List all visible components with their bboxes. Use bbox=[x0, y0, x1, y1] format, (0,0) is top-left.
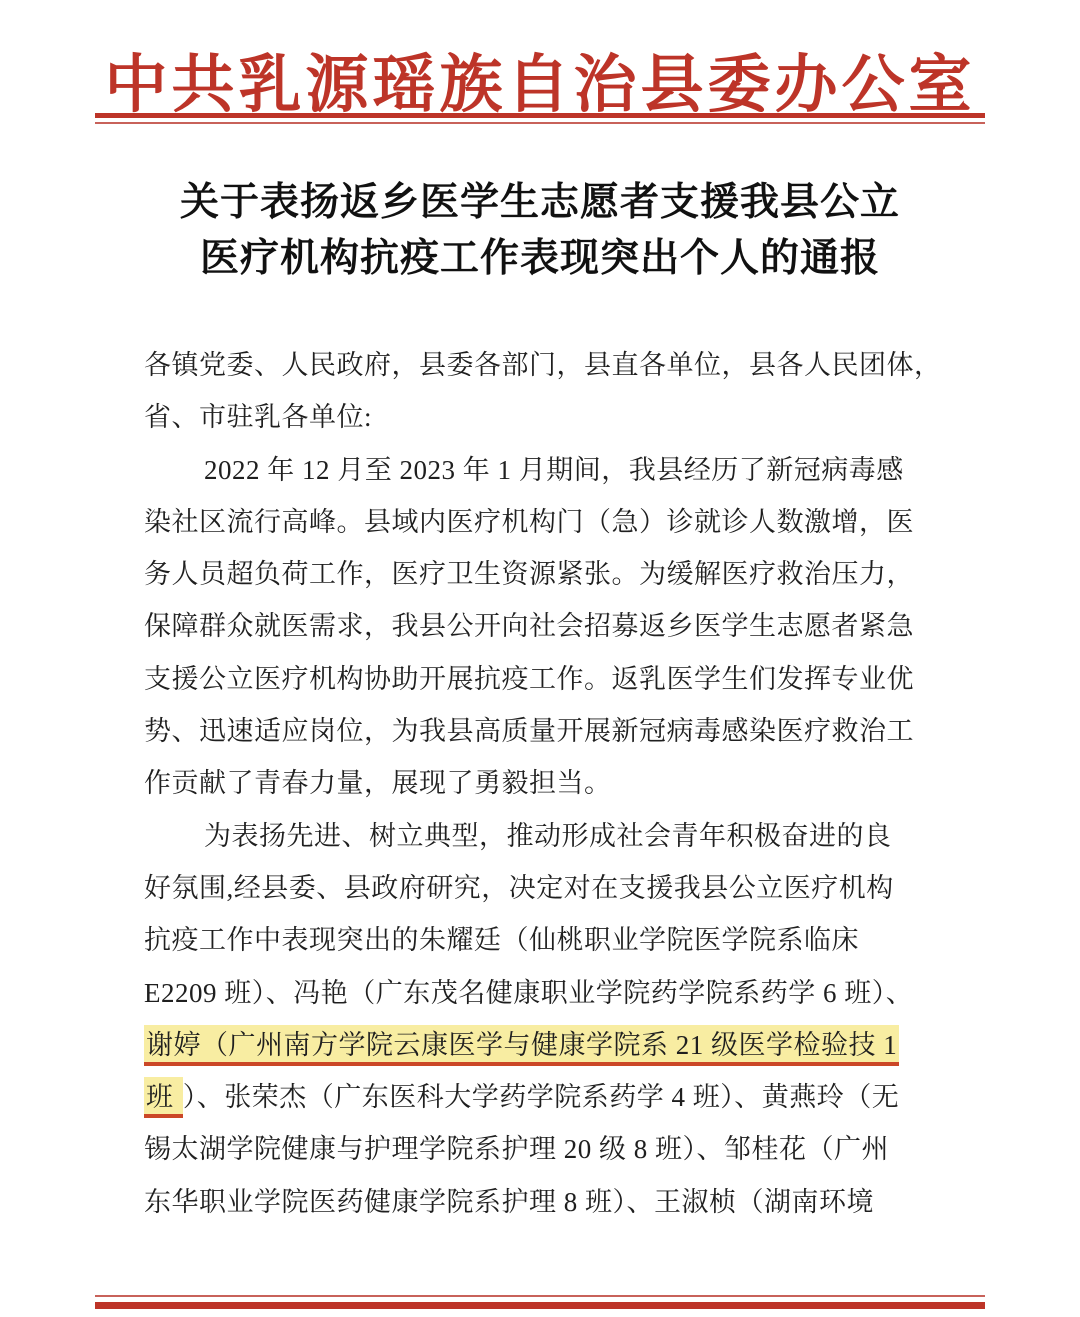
body-text: 保障群众就医需求，我县公开向社会招募返乡医学生志愿者紧急 bbox=[144, 611, 914, 641]
body-line: 保障群众就医需求，我县公开向社会招募返乡医学生志愿者紧急 bbox=[144, 600, 944, 652]
body-line: 务人员超负荷工作，医疗卫生资源紧张。为缓解医疗救治压力， bbox=[144, 548, 944, 600]
body-line: 谢婷（广州南方学院云康医学与健康学院系 21 级医学检验技 1 bbox=[144, 1019, 944, 1071]
body-text: 各镇党委、人民政府，县委各部门，县直各单位，县各人民团体， bbox=[144, 350, 942, 380]
body-text: 抗疫工作中表现突出的朱耀廷（仙桃职业学院医学院系临床 bbox=[144, 925, 859, 955]
body-text: 为表扬先进、树立典型，推动形成社会青年积极奋进的良 bbox=[204, 821, 892, 851]
highlighted-text: 班 bbox=[144, 1077, 183, 1118]
body-line: 班 ）、张荣杰（广东医科大学药学院系药学 4 班）、黄燕玲（无 bbox=[144, 1071, 944, 1123]
body-line: 势、迅速适应岗位，为我县高质量开展新冠病毒感染医疗救治工 bbox=[144, 705, 944, 757]
body-line: 省、市驻乳各单位: bbox=[144, 391, 944, 443]
body-text: 省、市驻乳各单位: bbox=[144, 402, 372, 432]
document-title: 关于表扬返乡医学生志愿者支援我县公立 医疗机构抗疫工作表现突出个人的通报 bbox=[0, 175, 1080, 287]
letterhead-double-rule bbox=[95, 113, 985, 124]
body-line: E2209 班）、冯艳（广东茂名健康职业学院药学院系药学 6 班）、 bbox=[144, 967, 944, 1019]
body-text: ）、张荣杰（广东医科大学药学院系药学 4 班）、黄燕玲（无 bbox=[183, 1082, 900, 1112]
body-line: 2022 年 12 月至 2023 年 1 月期间，我县经历了新冠病毒感 bbox=[144, 444, 944, 496]
rule-thick-line bbox=[95, 1302, 985, 1309]
body-line: 锡太湖学院健康与护理学院系护理 20 级 8 班）、邹桂花（广州 bbox=[144, 1123, 944, 1175]
body-text: 2022 年 12 月至 2023 年 1 月期间，我县经历了新冠病毒感 bbox=[204, 455, 904, 485]
body-line: 东华职业学院医药健康学院系护理 8 班）、王淑桢（湖南环境 bbox=[144, 1176, 944, 1228]
rule-thin-line bbox=[95, 122, 985, 124]
body-text: 锡太湖学院健康与护理学院系护理 20 级 8 班）、邹桂花（广州 bbox=[144, 1134, 889, 1164]
body-text: 作贡献了青春力量，展现了勇毅担当。 bbox=[144, 768, 612, 798]
body-line: 作贡献了青春力量，展现了勇毅担当。 bbox=[144, 757, 944, 809]
body-line: 染社区流行高峰。县域内医疗机构门（急）诊就诊人数激增，医 bbox=[144, 496, 944, 548]
body-text: 务人员超负荷工作，医疗卫生资源紧张。为缓解医疗救治压力， bbox=[144, 559, 914, 589]
highlighted-text: 谢婷（广州南方学院云康医学与健康学院系 21 级医学检验技 1 bbox=[144, 1025, 899, 1066]
body-text: 东华职业学院医药健康学院系护理 8 班）、王淑桢（湖南环境 bbox=[144, 1187, 874, 1217]
body-line: 为表扬先进、树立典型，推动形成社会青年积极奋进的良 bbox=[144, 810, 944, 862]
body-line: 好氛围,经县委、县政府研究，决定对在支援我县公立医疗机构 bbox=[144, 862, 944, 914]
body-text: 支援公立医疗机构协助开展抗疫工作。返乳医学生们发挥专业优 bbox=[144, 664, 914, 694]
body-text: 势、迅速适应岗位，为我县高质量开展新冠病毒感染医疗救治工 bbox=[144, 716, 914, 746]
body-line: 支援公立医疗机构协助开展抗疫工作。返乳医学生们发挥专业优 bbox=[144, 653, 944, 705]
body-line: 各镇党委、人民政府，县委各部门，县直各单位，县各人民团体， bbox=[144, 339, 944, 391]
document-page: 中共乳源瑶族自治县委办公室 关于表扬返乡医学生志愿者支援我县公立 医疗机构抗疫工… bbox=[0, 0, 1080, 1317]
document-title-line-1: 关于表扬返乡医学生志愿者支援我县公立 bbox=[0, 175, 1080, 231]
document-body: 各镇党委、人民政府，县委各部门，县直各单位，县各人民团体，省、市驻乳各单位:20… bbox=[144, 339, 944, 1228]
document-title-line-2: 医疗机构抗疫工作表现突出个人的通报 bbox=[0, 231, 1080, 287]
body-text: 好氛围,经县委、县政府研究，决定对在支援我县公立医疗机构 bbox=[144, 873, 894, 903]
body-text: E2209 班）、冯艳（广东茂名健康职业学院药学院系药学 6 班）、 bbox=[144, 978, 913, 1008]
body-line: 抗疫工作中表现突出的朱耀廷（仙桃职业学院医学院系临床 bbox=[144, 914, 944, 966]
body-text: 染社区流行高峰。县域内医疗机构门（急）诊就诊人数激增，医 bbox=[144, 507, 914, 537]
letterhead-org-name: 中共乳源瑶族自治县委办公室 bbox=[0, 34, 1080, 125]
footer-double-rule bbox=[95, 1295, 985, 1309]
